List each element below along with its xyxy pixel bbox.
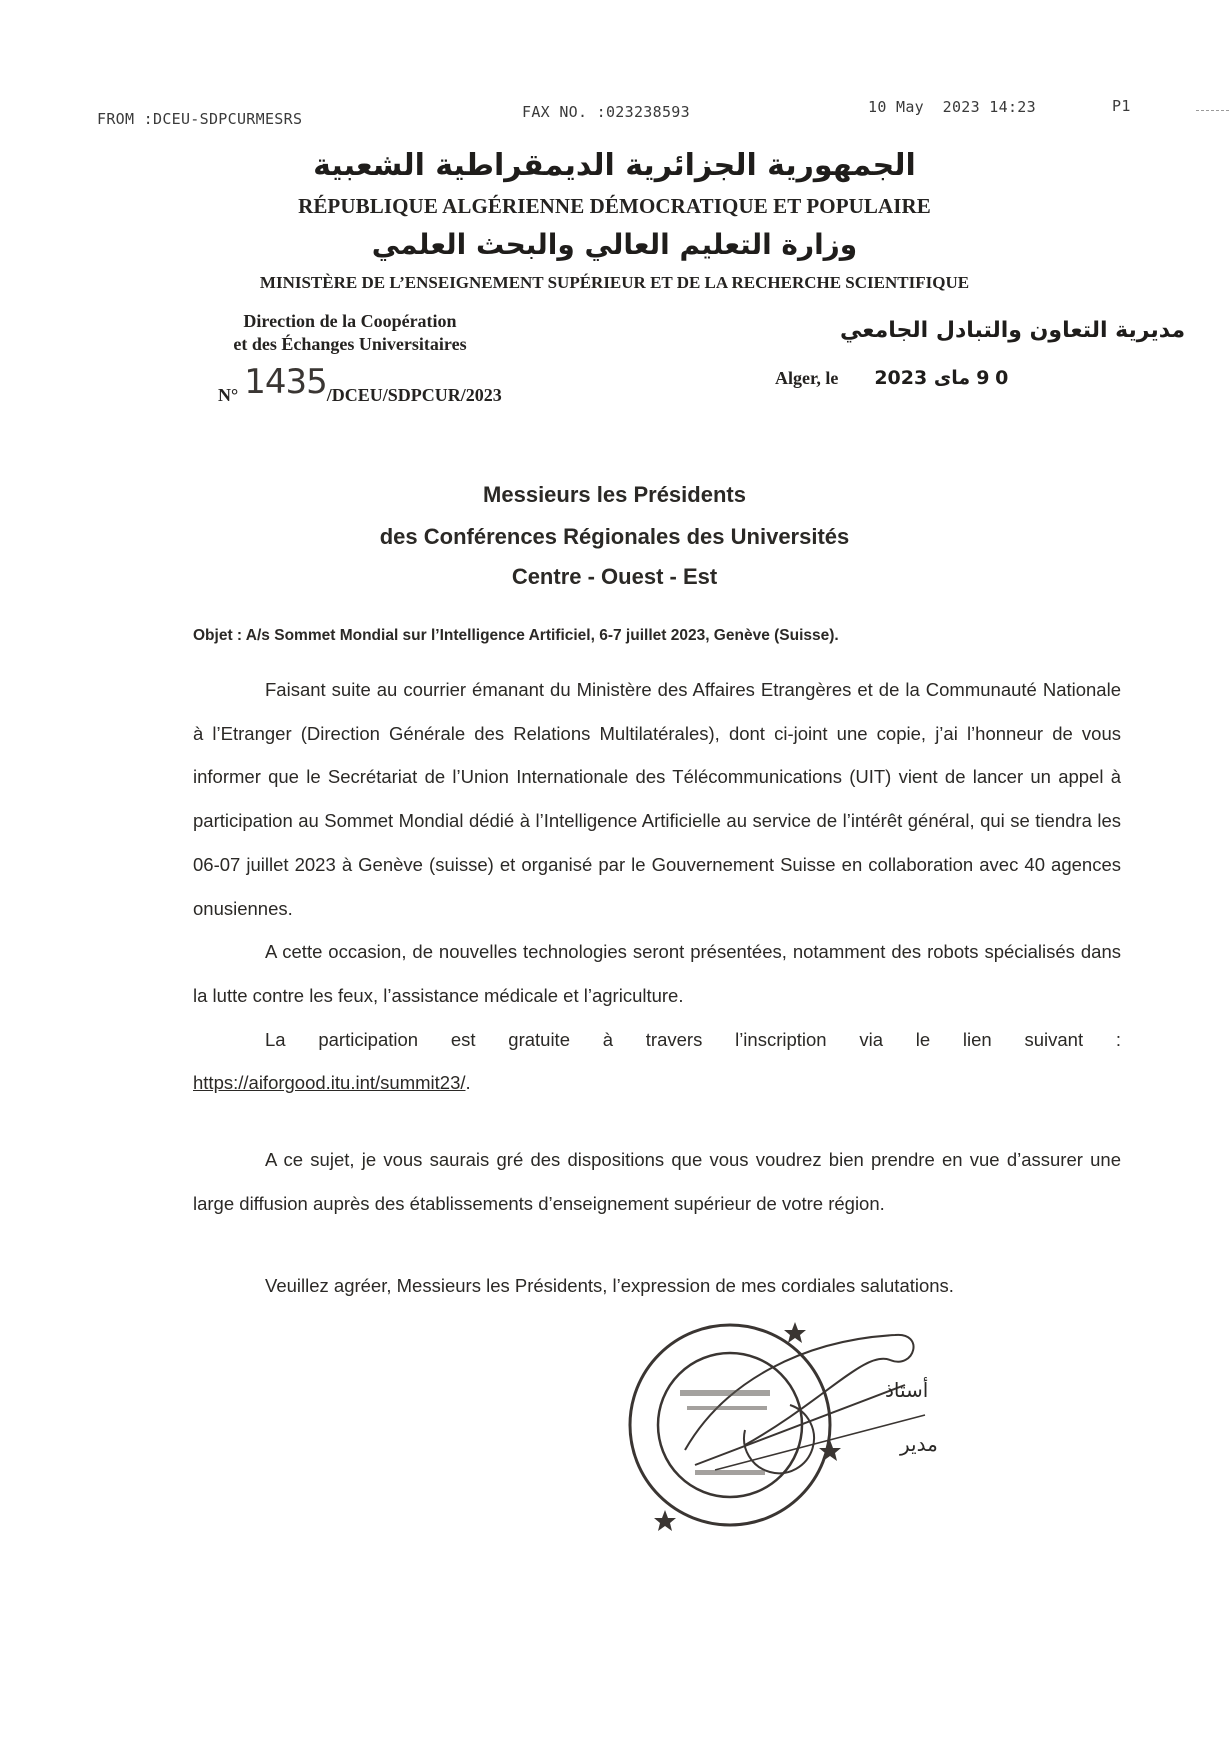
registration-link-line: https://aiforgood.itu.int/summit23/. xyxy=(193,1061,1121,1105)
direction-line-2: et des Échanges Universitaires xyxy=(190,333,510,356)
republic-french: RÉPUBLIQUE ALGÉRIENNE DÉMOCRATIQUE ET PO… xyxy=(0,194,1229,219)
date-stamp: 0 9 ماى 2023 xyxy=(874,367,1008,389)
paragraph-3: La participation est gratuite à travers … xyxy=(193,1018,1121,1062)
direction-arabic: مديرية التعاون والتبادل الجامعي xyxy=(840,318,1185,343)
link-suffix: . xyxy=(466,1072,471,1093)
place-date: Alger, le0 9 ماى 2023 xyxy=(775,367,1008,389)
republic-arabic: الجمهورية الجزائرية الديمقراطية الشعبية xyxy=(0,148,1229,183)
addressee-line-2: des Conférences Régionales des Universit… xyxy=(0,524,1229,550)
ref-handwritten-number: 1435 xyxy=(244,362,327,402)
fax-datetime: 10 May 2023 14:23 xyxy=(868,98,1036,116)
direction-french: Direction de la Coopération et des Échan… xyxy=(190,310,510,356)
subject-line: Objet : A/s Sommet Mondial sur l’Intelli… xyxy=(193,627,839,645)
signatory-title-line-1: أستاذ xyxy=(885,1378,928,1402)
ref-code: /DCEU/SDPCUR/2023 xyxy=(327,385,502,405)
letter-body-request: A ce sujet, je vous saurais gré des disp… xyxy=(193,1138,1121,1225)
ministry-french: MINISTÈRE DE L’ENSEIGNEMENT SUPÉRIEUR ET… xyxy=(0,273,1229,293)
fax-number: FAX NO. :023238593 xyxy=(522,103,690,121)
fax-from: FROM :DCEU-SDPCURMESRS xyxy=(97,110,302,128)
paragraph-2: A cette occasion, de nouvelles technolog… xyxy=(193,930,1121,1017)
closing-line: Veuillez agréer, Messieurs les Président… xyxy=(265,1275,954,1297)
direction-line-1: Direction de la Coopération xyxy=(190,310,510,333)
ref-prefix: N° xyxy=(218,385,238,405)
letter-body: Faisant suite au courrier émanant du Min… xyxy=(193,668,1121,1105)
fax-edge-mark xyxy=(1196,110,1229,111)
registration-link[interactable]: https://aiforgood.itu.int/summit23/ xyxy=(193,1072,466,1093)
place-label: Alger, le xyxy=(775,368,838,388)
ministry-arabic: وزارة التعليم العالي والبحث العلمي xyxy=(0,228,1229,261)
signatory-title-line-2: مدير xyxy=(900,1432,938,1456)
fax-page: P1 xyxy=(1112,97,1131,115)
addressee-line-3: Centre - Ouest - Est xyxy=(0,564,1229,590)
paragraph-1: Faisant suite au courrier émanant du Min… xyxy=(193,668,1121,930)
addressee-line-1: Messieurs les Présidents xyxy=(0,482,1229,508)
reference-number: N°1435/DCEU/SDPCUR/2023 xyxy=(218,370,502,410)
paragraph-4: A ce sujet, je vous saurais gré des disp… xyxy=(193,1138,1121,1225)
